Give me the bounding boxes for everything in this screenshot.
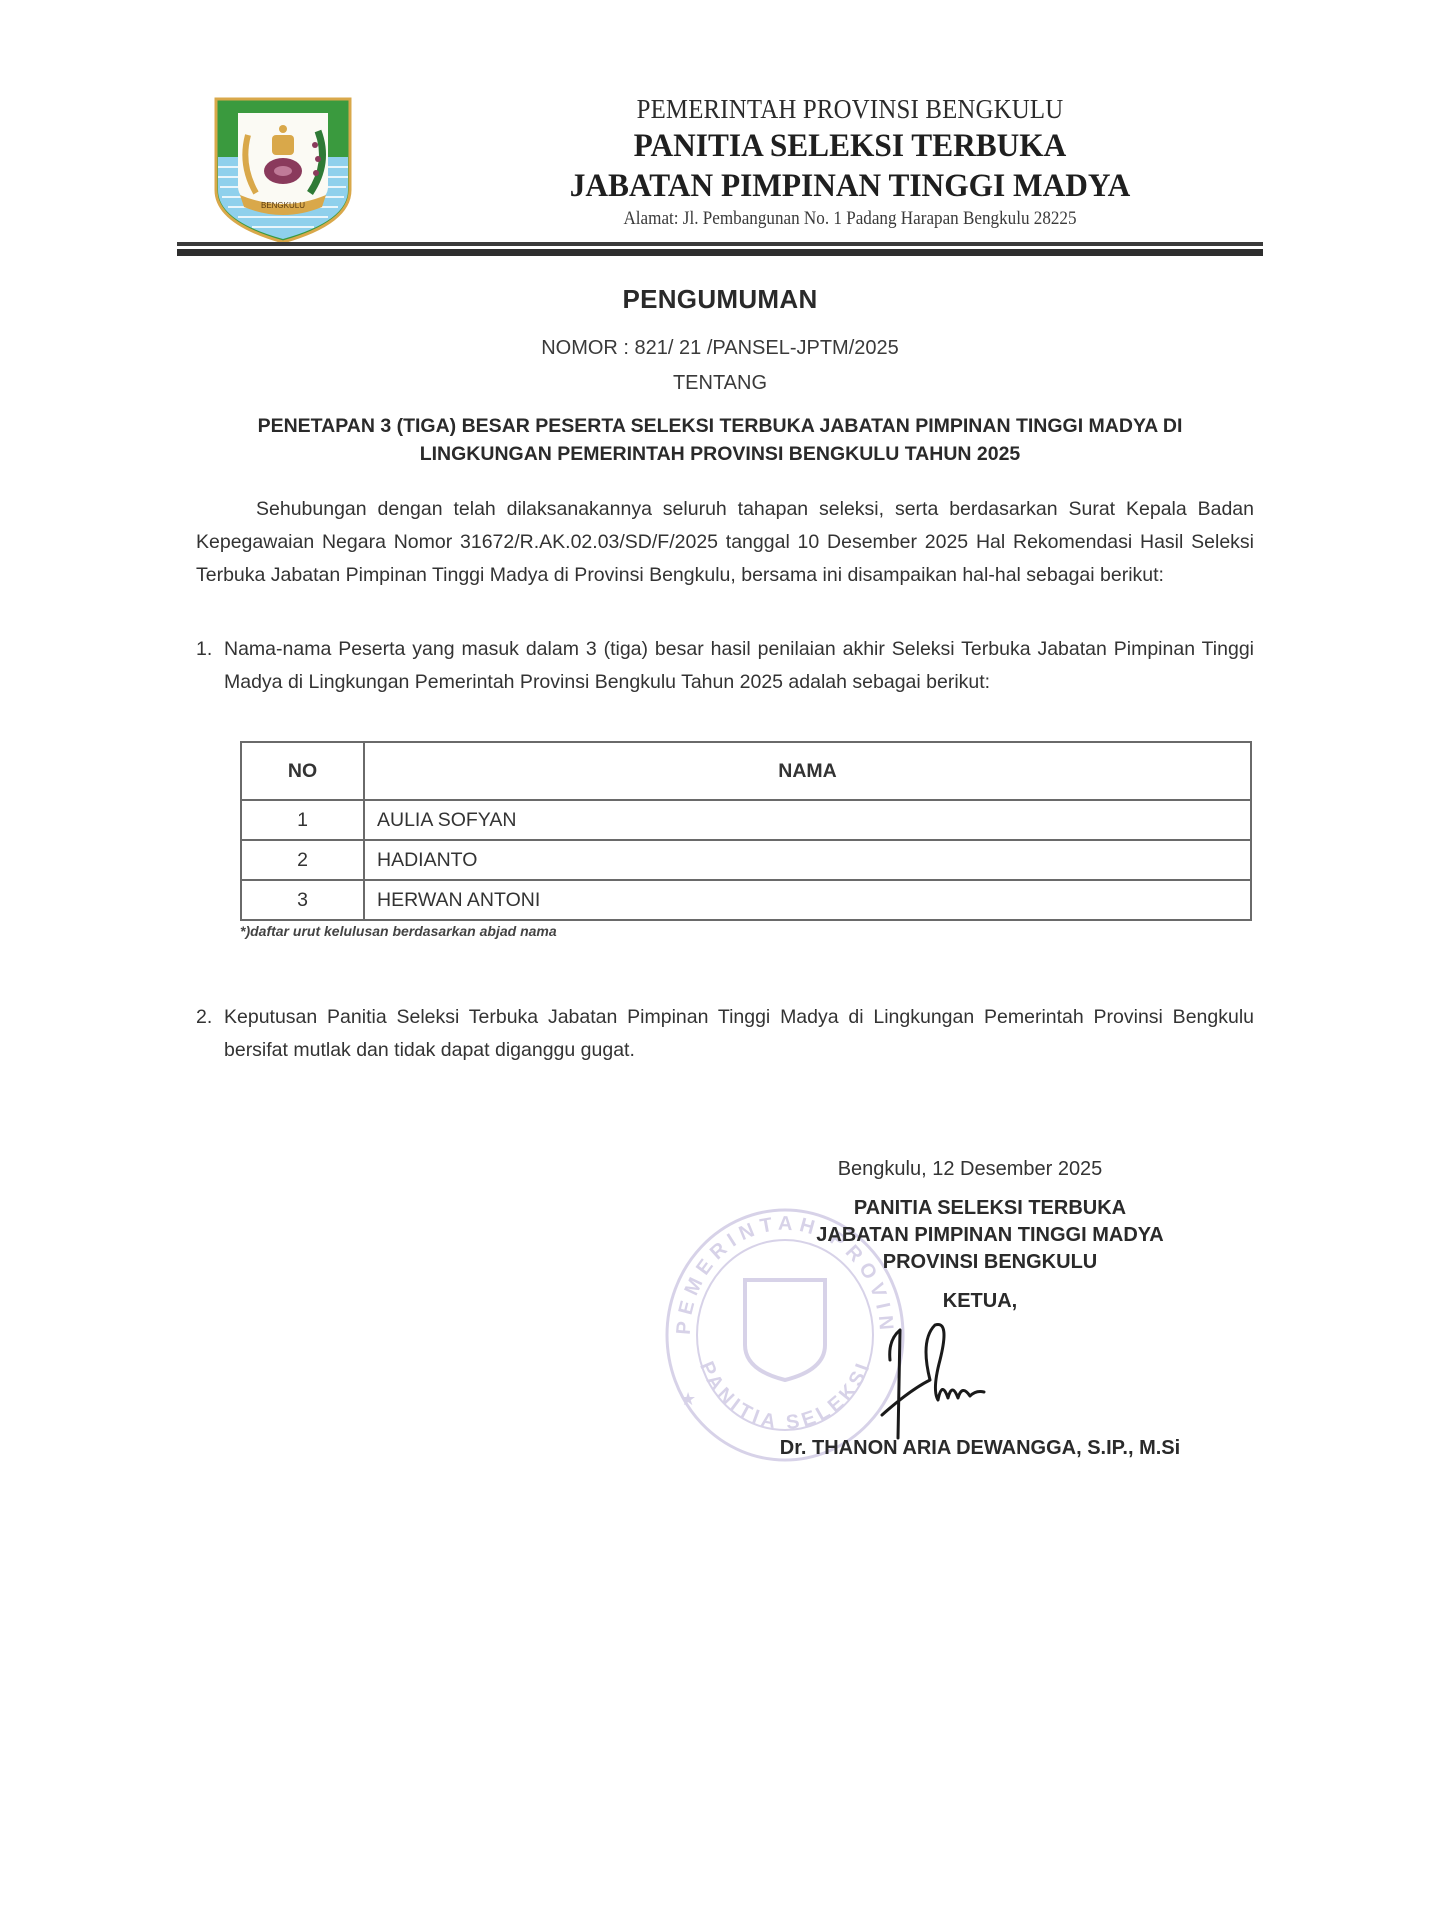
address: Alamat: Jl. Pembangunan No. 1 Padang Har… — [481, 206, 1219, 232]
org-line-2: JABATAN PIMPINAN TINGGI MADYA — [750, 1222, 1230, 1249]
list-item-number: 1. — [196, 633, 212, 666]
government-name: PEMERINTAH PROVINSI BENGKULU — [473, 92, 1227, 126]
cell-no: 3 — [241, 880, 364, 920]
org-line-1: PANITIA SELEKSI TERBUKA — [750, 1195, 1230, 1222]
committee-name: PANITIA SELEKSI TERBUKA — [461, 126, 1240, 166]
bengkulu-coat-of-arms-logo: BENGKULU — [212, 95, 354, 245]
table-footnote: *)daftar urut kelulusan berdasarkan abja… — [240, 923, 557, 939]
column-header-nama: NAMA — [364, 742, 1251, 800]
document-number: NOMOR : 821/ 21 /PANSEL-JPTM/2025 — [0, 337, 1440, 360]
cell-nama: AULIA SOFYAN — [364, 800, 1251, 840]
document-title: PENGUMUMAN — [0, 284, 1440, 315]
list-item-number: 2. — [196, 1001, 212, 1034]
svg-text:★: ★ — [680, 1389, 696, 1409]
list-item: 2. Keputusan Panitia Seleksi Terbuka Jab… — [196, 1001, 1254, 1067]
table-row: 2 HADIANTO — [241, 840, 1251, 880]
candidates-table: NO NAMA 1 AULIA SOFYAN 2 HADIANTO 3 HERW… — [240, 741, 1252, 921]
committee-subtitle: JABATAN PIMPINAN TINGGI MADYA — [461, 166, 1240, 206]
about-label: TENTANG — [0, 372, 1440, 395]
table-row: 1 AULIA SOFYAN — [241, 800, 1251, 840]
list-item-text: Nama-nama Peserta yang masuk dalam 3 (ti… — [224, 633, 1254, 699]
cell-no: 2 — [241, 840, 364, 880]
svg-text:PANITIA SELEKSI: PANITIA SELEKSI — [695, 1357, 875, 1434]
svg-text:BENGKULU: BENGKULU — [261, 201, 305, 210]
column-header-no: NO — [241, 742, 364, 800]
list-item: 1. Nama-nama Peserta yang masuk dalam 3 … — [196, 633, 1254, 699]
place-and-date: Bengkulu, 12 Desember 2025 — [760, 1158, 1180, 1181]
cell-no: 1 — [241, 800, 364, 840]
handwritten-signature-icon — [880, 1320, 1010, 1440]
org-line-3: PROVINSI BENGKULU — [750, 1249, 1230, 1276]
table-row: 3 HERWAN ANTONI — [241, 880, 1251, 920]
letterhead-divider-thin — [177, 242, 1263, 246]
letterhead-divider-thick — [177, 249, 1263, 256]
letterhead: PEMERINTAH PROVINSI BENGKULU PANITIA SEL… — [440, 92, 1260, 232]
document-subject: PENETAPAN 3 (TIGA) BESAR PESERTA SELEKSI… — [210, 412, 1230, 468]
signing-organization: PANITIA SELEKSI TERBUKA JABATAN PIMPINAN… — [750, 1195, 1230, 1276]
list-item-text: Keputusan Panitia Seleksi Terbuka Jabata… — [224, 1001, 1254, 1067]
intro-paragraph: Sehubungan dengan telah dilaksanakannya … — [196, 493, 1254, 592]
cell-nama: HADIANTO — [364, 840, 1251, 880]
signer-position: KETUA, — [770, 1290, 1190, 1313]
table-header-row: NO NAMA — [241, 742, 1251, 800]
signer-name: Dr. THANON ARIA DEWANGGA, S.IP., M.Si — [700, 1437, 1260, 1460]
cell-nama: HERWAN ANTONI — [364, 880, 1251, 920]
